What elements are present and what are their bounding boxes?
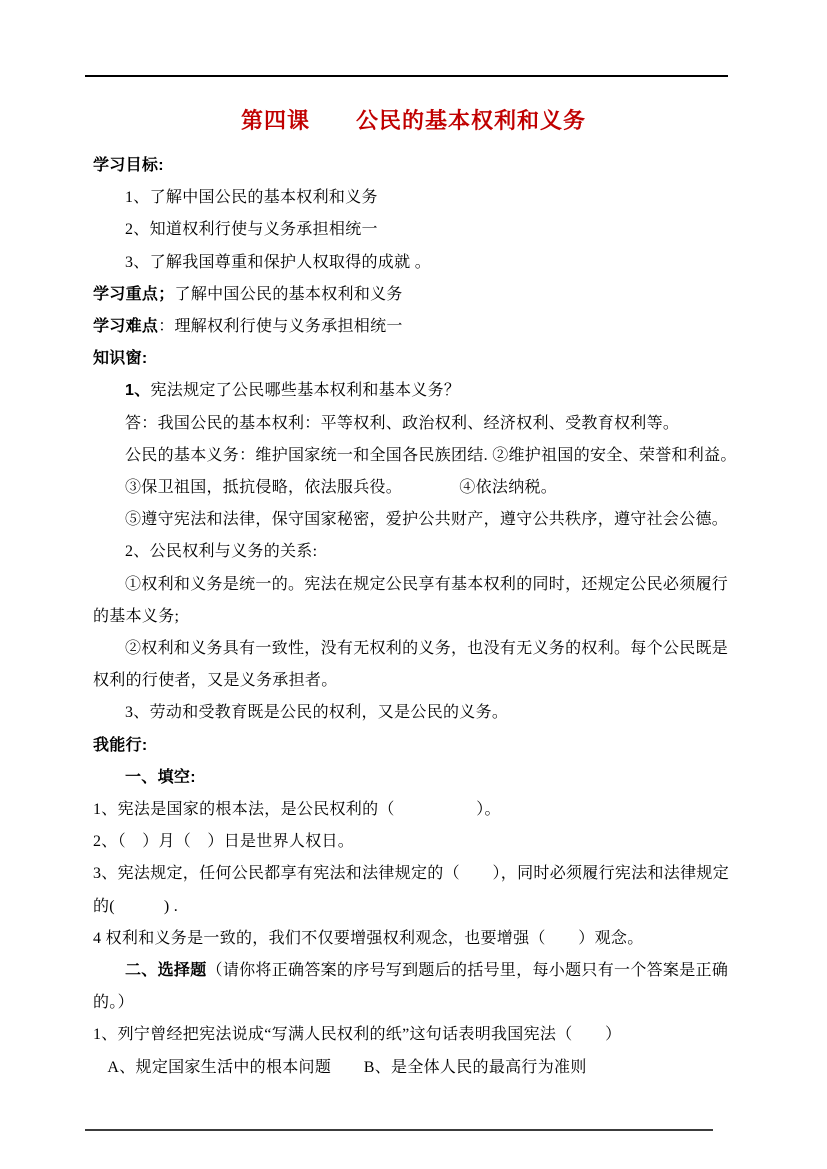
heading-study-goals: 学习目标: bbox=[93, 150, 739, 182]
line-text: ③保卫祖国，抵抗侵略，依法服兵役。 ④依法纳税。 bbox=[125, 479, 557, 496]
relation-point-1: ①权利和义务是统一的。宪法在规定公民享有基本权利的同时，还规定公民必须履行的基本… bbox=[93, 569, 739, 633]
fill-blank-4: 4 权利和义务是一致的，我们不仅要增强权利观念，也要增强（ ）观念。 bbox=[93, 923, 739, 955]
line-label: 一、填空: bbox=[125, 769, 196, 786]
line-text: 了解中国公民的基本权利和义务 bbox=[175, 286, 403, 303]
footer-rule bbox=[85, 1129, 713, 1131]
line-text: 3、劳动和受教育既是公民的权利，又是公民的义务。 bbox=[125, 704, 508, 721]
document-body: 学习目标: 1、了解中国公民的基本权利和义务 2、知道权利行使与义务承担相统一 … bbox=[93, 150, 739, 1084]
fill-blank-3: 3、宪法规定，任何公民都享有宪法和法律规定的（ ），同时必须履行宪法和法律规定的… bbox=[93, 858, 739, 922]
knowledge-q1: 1、宪法规定了公民哪些基本权利和基本义务？ bbox=[93, 375, 739, 407]
knowledge-q1-answer-duties: 公民的基本义务：维护国家统一和全国各民族团结. ②维护祖国的安全、荣誉和利益。 bbox=[93, 440, 739, 472]
knowledge-q2: 2、公民权利与义务的关系: bbox=[93, 536, 739, 568]
line-text: ：理解权利行使与义务承担相统一 bbox=[158, 318, 403, 335]
knowledge-point-3: 3、劳动和受教育既是公民的权利，又是公民的义务。 bbox=[93, 697, 739, 729]
line-text: 1、列宁曾经把宪法说成“写满人民权利的纸”这句话表明我国宪法（ ） bbox=[93, 1026, 621, 1043]
line-text: 2、（ ）月（ ）日是世界人权日。 bbox=[93, 833, 354, 850]
line-text: 答：我国公民的基本权利：平等权利、政治权利、经济权利、受教育权利等。 bbox=[125, 415, 679, 432]
study-difficulty-line: 学习难点：理解权利行使与义务承担相统一 bbox=[93, 311, 739, 343]
goal-item-1: 1、了解中国公民的基本权利和义务 bbox=[93, 182, 739, 214]
heading-i-can-do: 我能行: bbox=[93, 730, 739, 762]
line-text: 2、知道权利行使与义务承担相统一 bbox=[125, 221, 378, 238]
line-text: 3、宪法规定，任何公民都享有宪法和法律规定的（ ），同时必须履行宪法和法律规定的… bbox=[93, 865, 729, 914]
document-page: 第四课 公民的基本权利和义务 学习目标: 1、了解中国公民的基本权利和义务 2、… bbox=[0, 0, 827, 1169]
line-label: 学习重点； bbox=[93, 286, 175, 303]
line-text: 宪法规定了公民哪些基本权利和基本义务？ bbox=[151, 382, 461, 399]
relation-point-2: ②权利和义务具有一致性，没有无权利的义务，也没有无义务的权利。每个公民既是权利的… bbox=[93, 633, 739, 697]
line-label: 我能行: bbox=[93, 737, 148, 754]
line-label: 二、选择题 bbox=[125, 962, 207, 979]
line-text: ①权利和义务是统一的。宪法在规定公民享有基本权利的同时，还规定公民必须履行的基本… bbox=[93, 576, 728, 625]
line-label: 学习难点 bbox=[93, 318, 158, 335]
duty-items-3-4: ③保卫祖国，抵抗侵略，依法服兵役。 ④依法纳税。 bbox=[93, 472, 739, 504]
line-text: 2、公民权利与义务的关系: bbox=[125, 543, 317, 560]
duty-item-5: ⑤遵守宪法和法律，保守国家秘密，爱护公共财产，遵守公共秩序，遵守社会公德。 bbox=[93, 504, 739, 536]
line-text: 3、了解我国尊重和保护人权取得的成就 。 bbox=[125, 254, 431, 271]
choice-q1-options: A、规定国家生活中的根本问题 B、是全体人民的最高行为准则 bbox=[93, 1052, 739, 1084]
heading-multiple-choice: 二、选择题（请你将正确答案的序号写到题后的括号里，每小题只有一个答案是正确的。） bbox=[93, 955, 739, 1019]
goal-item-3: 3、了解我国尊重和保护人权取得的成就 。 bbox=[93, 247, 739, 279]
line-label: 知识窗: bbox=[93, 350, 148, 367]
line-label: 学习目标: bbox=[93, 157, 164, 174]
study-focus-line: 学习重点；了解中国公民的基本权利和义务 bbox=[93, 279, 739, 311]
line-text: 1、了解中国公民的基本权利和义务 bbox=[125, 189, 378, 206]
line-text: A、规定国家生活中的根本问题 B、是全体人民的最高行为准则 bbox=[107, 1059, 586, 1076]
page-title: 第四课 公民的基本权利和义务 bbox=[0, 104, 827, 135]
line-text: 公民的基本义务：维护国家统一和全国各民族团结. ②维护祖国的安全、荣誉和利益。 bbox=[125, 447, 737, 464]
heading-fill-blanks: 一、填空: bbox=[93, 762, 739, 794]
line-text: ⑤遵守宪法和法律，保守国家秘密，爱护公共财产，遵守公共秩序，遵守社会公德。 bbox=[125, 511, 728, 528]
line-label: 1、 bbox=[125, 382, 151, 399]
choice-q1: 1、列宁曾经把宪法说成“写满人民权利的纸”这句话表明我国宪法（ ） bbox=[93, 1019, 739, 1051]
fill-blank-1: 1、宪法是国家的根本法，是公民权利的（ ）。 bbox=[93, 794, 739, 826]
heading-knowledge-window: 知识窗: bbox=[93, 343, 739, 375]
fill-blank-2: 2、（ ）月（ ）日是世界人权日。 bbox=[93, 826, 739, 858]
line-text: 1、宪法是国家的根本法，是公民权利的（ ）。 bbox=[93, 801, 501, 818]
goal-item-2: 2、知道权利行使与义务承担相统一 bbox=[93, 214, 739, 246]
line-text: ②权利和义务具有一致性，没有无权利的义务，也没有无义务的权利。每个公民既是权利的… bbox=[93, 640, 728, 689]
line-text: 4 权利和义务是一致的，我们不仅要增强权利观念，也要增强（ ）观念。 bbox=[93, 930, 644, 947]
header-rule bbox=[85, 75, 728, 77]
knowledge-q1-answer-rights: 答：我国公民的基本权利：平等权利、政治权利、经济权利、受教育权利等。 bbox=[93, 408, 739, 440]
